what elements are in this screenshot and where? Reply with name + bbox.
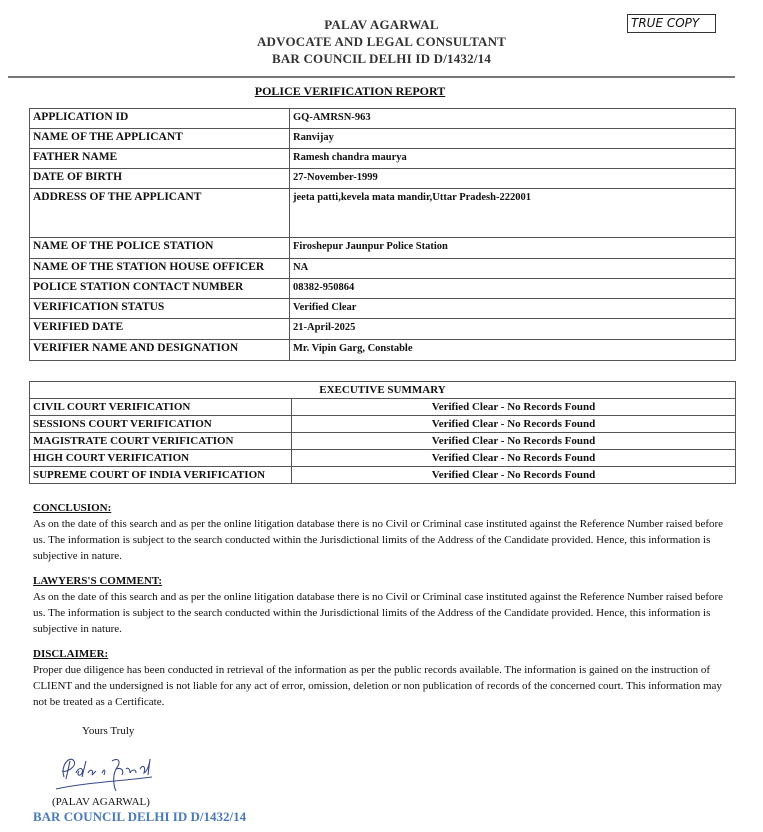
court-status: Verified Clear - No Records Found — [292, 416, 736, 433]
court-label: SESSIONS COURT VERIFICATION — [30, 416, 292, 433]
court-label: CIVIL COURT VERIFICATION — [30, 399, 292, 416]
table-row: NAME OF THE POLICE STATIONFiroshepur Jau… — [30, 238, 736, 259]
row-value: 21-April-2025 — [290, 319, 736, 340]
conclusion-section: CONCLUSION: As on the date of this searc… — [33, 500, 733, 564]
signatory-bar-id: BAR COUNCIL DELHI ID D/1432/14 — [33, 809, 246, 825]
row-label: VERIFIED DATE — [30, 319, 290, 340]
disclaimer-text: Proper due diligence has been conducted … — [33, 662, 733, 710]
row-label: ADDRESS OF THE APPLICANT — [30, 189, 290, 238]
summary-header-row: EXECUTIVE SUMMARY — [30, 382, 736, 399]
advocate-name: PALAV AGARWAL — [200, 17, 563, 33]
applicant-details-table: APPLICATION IDGQ-AMRSN-963 NAME OF THE A… — [29, 108, 736, 361]
row-value: GQ-AMRSN-963 — [290, 109, 736, 129]
summary-title: EXECUTIVE SUMMARY — [30, 382, 736, 399]
table-row: VERIFIER NAME AND DESIGNATIONMr. Vipin G… — [30, 340, 736, 361]
header-divider — [8, 76, 735, 78]
table-row: POLICE STATION CONTACT NUMBER08382-95086… — [30, 279, 736, 299]
lawyers-comment-text: As on the date of this search and as per… — [33, 589, 733, 637]
row-value: Verified Clear — [290, 299, 736, 319]
closing-text: Yours Truly — [82, 725, 134, 737]
table-row: NAME OF THE APPLICANTRanvijay — [30, 129, 736, 149]
row-label: APPLICATION ID — [30, 109, 290, 129]
table-row: VERIFIED DATE21-April-2025 — [30, 319, 736, 340]
table-row: CIVIL COURT VERIFICATIONVerified Clear -… — [30, 399, 736, 416]
court-label: MAGISTRATE COURT VERIFICATION — [30, 433, 292, 450]
table-row: HIGH COURT VERIFICATIONVerified Clear - … — [30, 450, 736, 467]
executive-summary-table: EXECUTIVE SUMMARY CIVIL COURT VERIFICATI… — [29, 381, 736, 484]
conclusion-heading: CONCLUSION: — [33, 500, 733, 516]
court-status: Verified Clear - No Records Found — [292, 433, 736, 450]
court-status: Verified Clear - No Records Found — [292, 399, 736, 416]
row-label: NAME OF THE POLICE STATION — [30, 238, 290, 259]
disclaimer-section: DISCLAIMER: Proper due diligence has bee… — [33, 646, 733, 710]
table-row: SESSIONS COURT VERIFICATIONVerified Clea… — [30, 416, 736, 433]
signature-icon — [52, 747, 162, 797]
table-row: NAME OF THE STATION HOUSE OFFICERNA — [30, 259, 736, 279]
table-row: DATE OF BIRTH27-November-1999 — [30, 169, 736, 189]
disclaimer-heading: DISCLAIMER: — [33, 646, 733, 662]
court-label: HIGH COURT VERIFICATION — [30, 450, 292, 467]
bar-council-id: BAR COUNCIL DELHI ID D/1432/14 — [200, 51, 563, 67]
court-status: Verified Clear - No Records Found — [292, 450, 736, 467]
row-label: VERIFIER NAME AND DESIGNATION — [30, 340, 290, 361]
court-label: SUPREME COURT OF INDIA VERIFICATION — [30, 467, 292, 484]
row-value: Ramesh chandra maurya — [290, 149, 736, 169]
lawyers-comment-section: LAWYERS'S COMMENT: As on the date of thi… — [33, 573, 733, 637]
row-value: 27-November-1999 — [290, 169, 736, 189]
true-copy-stamp: TRUE COPY — [627, 14, 716, 33]
lawyers-comment-heading: LAWYERS'S COMMENT: — [33, 573, 733, 589]
row-label: VERIFICATION STATUS — [30, 299, 290, 319]
row-label: DATE OF BIRTH — [30, 169, 290, 189]
row-label: FATHER NAME — [30, 149, 290, 169]
row-value: Mr. Vipin Garg, Constable — [290, 340, 736, 361]
table-row: ADDRESS OF THE APPLICANTjeeta patti,keve… — [30, 189, 736, 238]
advocate-role: ADVOCATE AND LEGAL CONSULTANT — [200, 34, 563, 50]
row-label: NAME OF THE APPLICANT — [30, 129, 290, 149]
table-row: FATHER NAMERamesh chandra maurya — [30, 149, 736, 169]
row-value: jeeta patti,kevela mata mandir,Uttar Pra… — [290, 189, 736, 238]
row-value: NA — [290, 259, 736, 279]
signatory-name: (PALAV AGARWAL) — [52, 796, 150, 808]
table-row: APPLICATION IDGQ-AMRSN-963 — [30, 109, 736, 129]
conclusion-text: As on the date of this search and as per… — [33, 516, 733, 564]
row-value: Firoshepur Jaunpur Police Station — [290, 238, 736, 259]
table-row: MAGISTRATE COURT VERIFICATIONVerified Cl… — [30, 433, 736, 450]
row-value: Ranvijay — [290, 129, 736, 149]
table-row: VERIFICATION STATUSVerified Clear — [30, 299, 736, 319]
row-label: POLICE STATION CONTACT NUMBER — [30, 279, 290, 299]
court-status: Verified Clear - No Records Found — [292, 467, 736, 484]
report-title: POLICE VERIFICATION REPORT — [0, 84, 700, 99]
row-label: NAME OF THE STATION HOUSE OFFICER — [30, 259, 290, 279]
row-value: 08382-950864 — [290, 279, 736, 299]
table-row: SUPREME COURT OF INDIA VERIFICATIONVerif… — [30, 467, 736, 484]
